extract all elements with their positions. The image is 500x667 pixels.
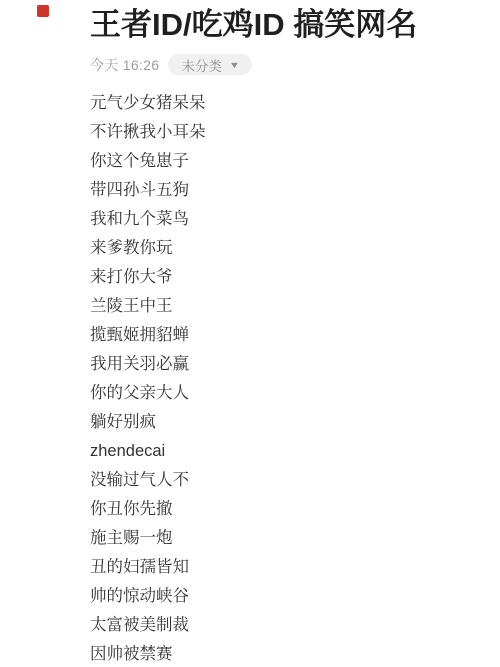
note-line: 不许揪我小耳朵 bbox=[90, 118, 460, 147]
note-line: 来爹教你玩 bbox=[90, 234, 460, 263]
note-meta: 今天 16:26 未分类 ▼ bbox=[90, 54, 460, 75]
note-line: 我和九个菜鸟 bbox=[90, 205, 460, 234]
note-content: 王者ID/吃鸡ID 搞笑网名 今天 16:26 未分类 ▼ 元气少女猪呆呆 不许… bbox=[0, 0, 500, 667]
note-line: 帅的惊动峡谷 bbox=[90, 582, 460, 611]
red-square-icon bbox=[37, 5, 49, 17]
note-line: 带四孙斗五狗 bbox=[90, 176, 460, 205]
note-line: 来打你大爷 bbox=[90, 263, 460, 292]
note-line: 因帅被禁赛 bbox=[90, 640, 460, 667]
category-dropdown-button[interactable]: 未分类 ▼ bbox=[168, 54, 251, 75]
note-line: 你的父亲大人 bbox=[90, 379, 460, 408]
note-body[interactable]: 元气少女猪呆呆 不许揪我小耳朵 你这个兔崽子 带四孙斗五狗 我和九个菜鸟 来爹教… bbox=[90, 89, 460, 667]
note-line: zhendecai bbox=[90, 437, 460, 466]
note-line: 施主赐一炮 bbox=[90, 524, 460, 553]
category-label: 未分类 bbox=[181, 55, 222, 75]
chevron-down-icon: ▼ bbox=[229, 60, 240, 70]
note-line: 元气少女猪呆呆 bbox=[90, 89, 460, 118]
note-page: 王者ID/吃鸡ID 搞笑网名 今天 16:26 未分类 ▼ 元气少女猪呆呆 不许… bbox=[0, 0, 500, 667]
note-line: 你丑你先撤 bbox=[90, 495, 460, 524]
note-line: 太富被美制裁 bbox=[90, 611, 460, 640]
note-line: 丑的妇孺皆知 bbox=[90, 553, 460, 582]
note-title: 王者ID/吃鸡ID 搞笑网名 bbox=[90, 6, 460, 43]
note-line: 躺好别疯 bbox=[90, 408, 460, 437]
note-line: 兰陵王中王 bbox=[90, 292, 460, 321]
note-line: 我用关羽必赢 bbox=[90, 350, 460, 379]
note-line: 你这个兔崽子 bbox=[90, 147, 460, 176]
note-timestamp: 今天 16:26 bbox=[90, 55, 159, 75]
note-line: 揽甄姬拥貂蝉 bbox=[90, 321, 460, 350]
note-line: 没输过气人不 bbox=[90, 466, 460, 495]
